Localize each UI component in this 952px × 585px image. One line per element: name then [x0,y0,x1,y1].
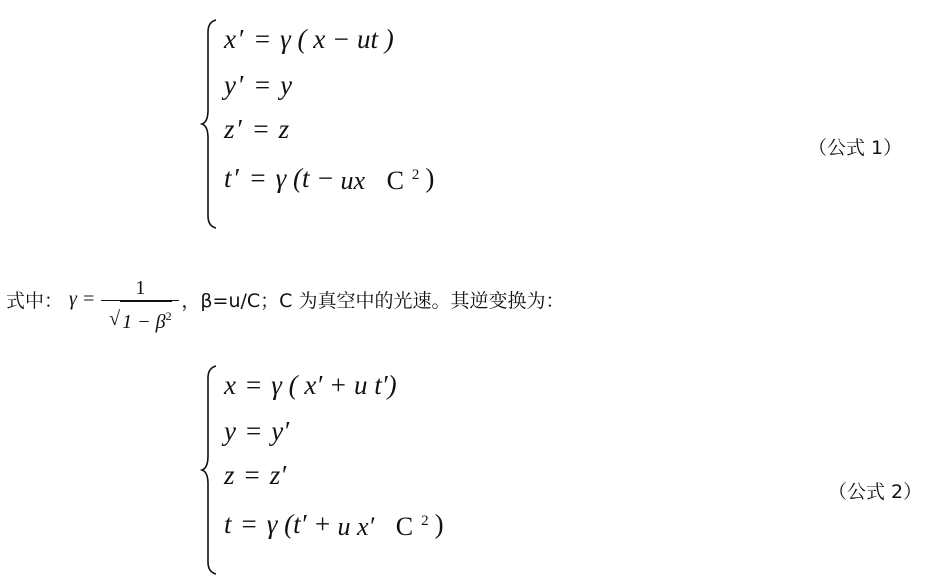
explanation-prefix: 式中： [6,286,63,313]
formula-2-line-y: y=y′ [224,416,289,446]
explanation-text: 式中： γ = 1 √ 1 − β2 ，β=u/C；C 为真空中的光速。其逆变换… [6,262,564,336]
gamma-fraction: 1 √ 1 − β2 [101,276,179,336]
fraction: ux C2 [337,160,424,196]
formula-2-line-t: t=γ (t′ + u x′ C2 ) [224,506,444,542]
formula-2-line-z: z=z′ [224,460,286,490]
formula-1-line-z: z′=z [224,114,289,144]
formula-1-line-y: y′=y [224,70,292,100]
gamma-label: γ = [69,288,95,311]
formula-1-line-t: t′=γ (t − ux C2 ) [224,160,434,196]
explanation-suffix: ，β=u/C；C 为真空中的光速。其逆变换为： [181,286,564,313]
formula-1-label: （公式 1） [808,133,902,160]
formula-2-label: （公式 2） [828,477,922,504]
formula-1-line-x: x′=γ ( x − ut ) [224,24,394,54]
formula-2: x=γ ( x′ + u t′) y=y′ z=z′ t=γ (t′ + u x… [200,364,460,576]
fraction: u x′ C2 [334,506,433,542]
sqrt-icon: √ [109,305,120,333]
formula-1: x′=γ ( x − ut ) y′=y z′=z t′=γ (t − ux C… [200,18,460,230]
left-brace-icon [200,18,220,230]
formula-2-line-x: x=γ ( x′ + u t′) [224,370,397,400]
left-brace-icon [200,364,220,576]
